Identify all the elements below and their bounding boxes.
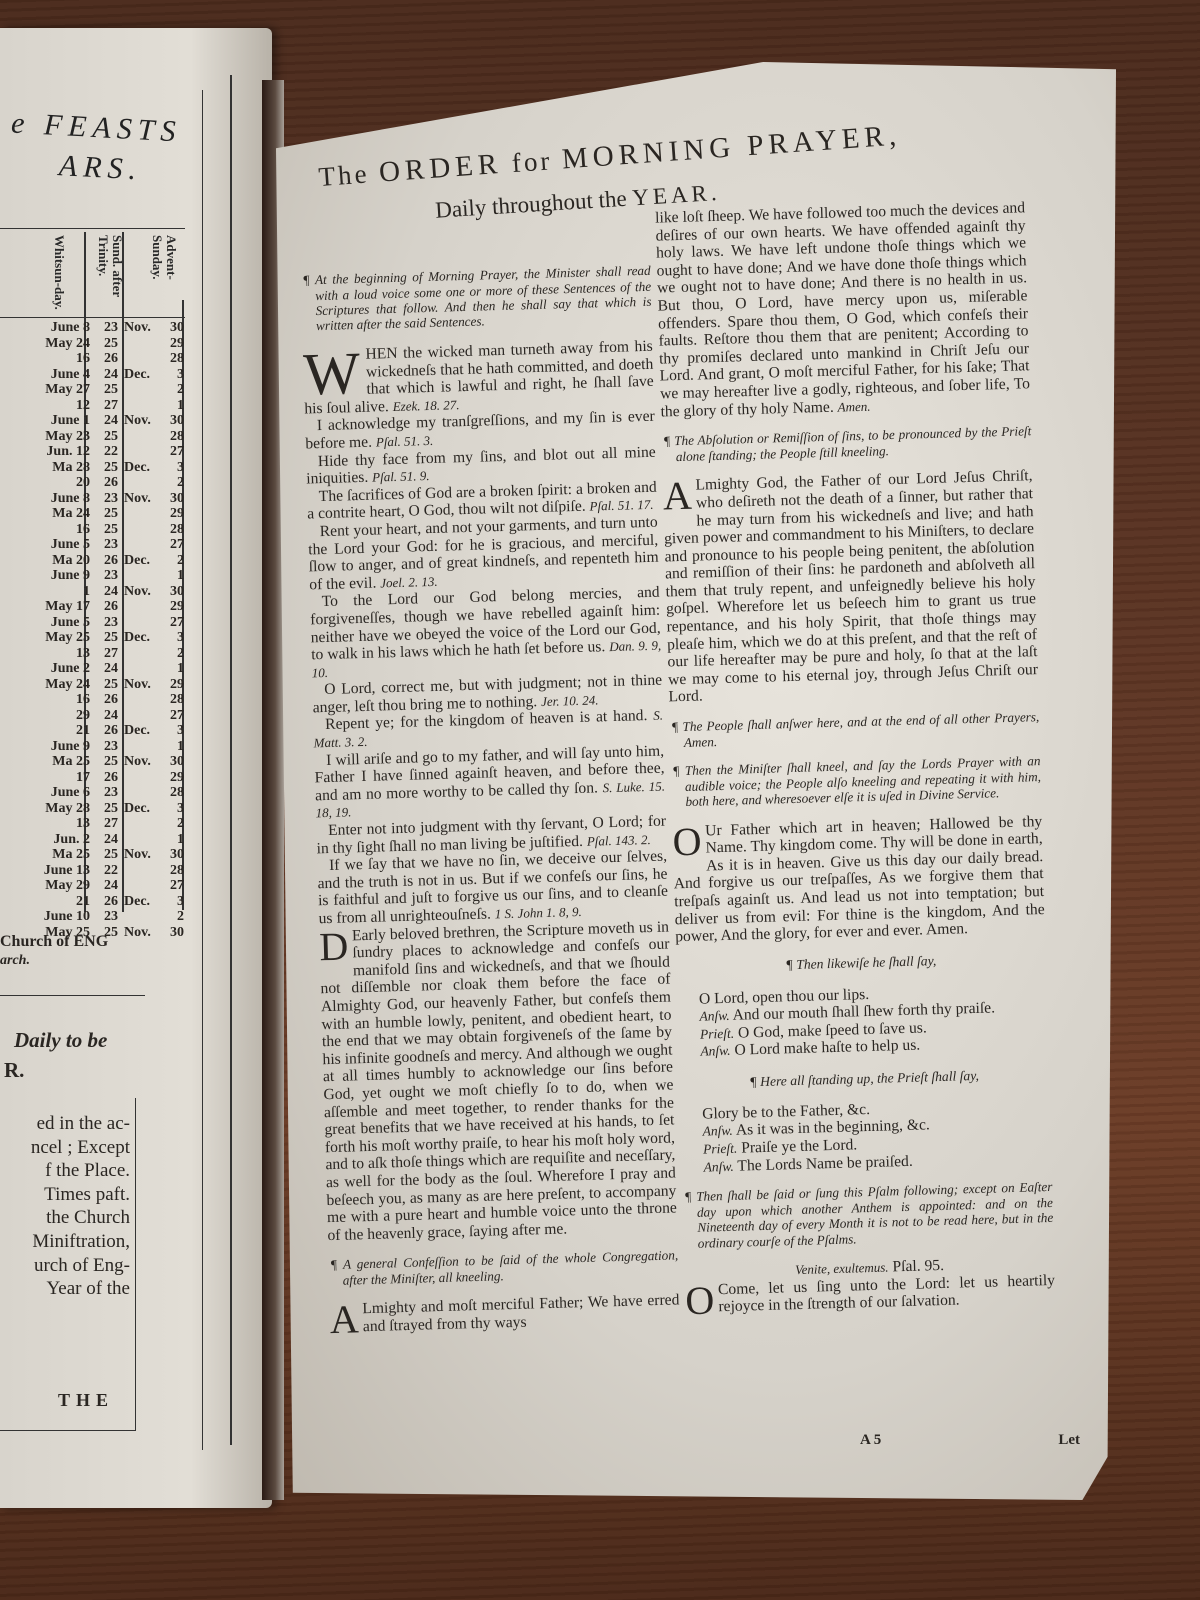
absolution-rubric: ¶ The Abſolution or Remiſſion of ſins, t… xyxy=(661,424,1032,465)
scripture-reference: Pſal. 51. 3. xyxy=(376,433,434,450)
text-column-right: like loſt ſheep. We have followed too mu… xyxy=(655,199,1056,1318)
scripture-reference: 1 S. John 1. 8, 9. xyxy=(495,904,582,921)
scripture-reference: Pſal. 143. 2. xyxy=(587,832,651,849)
catchword: Let xyxy=(1058,1432,1080,1449)
psalm-rubric: ¶ Then ſhall be ſaid or ſung this Pſalm … xyxy=(682,1179,1054,1251)
lords-prayer: O Ur Father which art in heaven; Hallowe… xyxy=(672,813,1045,946)
signature-mark: A 5 xyxy=(860,1432,881,1449)
speaker-label: Anſw. xyxy=(702,1123,733,1139)
scripture-sentence: To the Lord our God belong mercies, and … xyxy=(310,584,662,682)
scripture-sentence: I will ariſe and go to my father, and wi… xyxy=(314,742,666,822)
dropcap-o: O xyxy=(672,824,702,859)
speaker-label: Prieſt. xyxy=(700,1025,735,1041)
dropcap-w: W xyxy=(303,348,361,400)
amen-rubric: ¶ The People ſhall anſwer here, and at t… xyxy=(669,709,1040,750)
speaker-label: Anſw. xyxy=(700,1043,731,1059)
dropcap-a: A xyxy=(662,479,692,514)
standing-rubric: ¶ Here all ſtanding up, the Prieſt ſhall… xyxy=(679,1064,1049,1092)
likewise-rubric: ¶ Then likewiſe he ſhall ſay, xyxy=(676,949,1046,977)
scripture-reference: Pſal. 51. 9. xyxy=(372,468,430,485)
scripture-sentences: I acknowledge my tranſgreſſions, and my … xyxy=(305,408,669,928)
scripture-sentence: Rent your heart, and not your garments, … xyxy=(308,514,660,594)
left-page-inner-rule xyxy=(0,90,203,1450)
speaker-label: Prieſt. xyxy=(703,1141,738,1157)
dropcap-a: A xyxy=(329,1303,359,1338)
versicles-gloria: Glory be to the Father, &c.Anſw. As it w… xyxy=(680,1096,1052,1177)
confession-continued: like loſt ſheep. We have followed too mu… xyxy=(655,199,1031,420)
scripture-reference: Jer. 10. 24. xyxy=(541,692,599,709)
opening-rubric: ¶ At the beginning of Morning Prayer, th… xyxy=(301,263,653,334)
scripture-sentence: If we ſay that we have no ſin, we deceiv… xyxy=(317,848,669,928)
scripture-reference: Pſal. 51. 17. xyxy=(589,497,653,514)
versicles: O Lord, open thou our lips.Anſw. And our… xyxy=(677,981,1049,1062)
exhortation: D Early beloved brethren, the Scripture … xyxy=(319,918,678,1244)
text-column-left: ¶ At the beginning of Morning Prayer, th… xyxy=(300,250,680,1338)
scripture-reference: Joel. 2. 13. xyxy=(380,574,438,591)
speaker-label: Anſw. xyxy=(699,1008,730,1024)
speaker-label: Anſw. xyxy=(703,1158,734,1174)
confession-rubric: ¶ A general Confeſſion to be ſaid of the… xyxy=(328,1248,679,1289)
dropcap-d: D xyxy=(319,929,349,964)
first-sentence: W HEN the wicked man turneth away from h… xyxy=(303,338,655,418)
lords-prayer-rubric: ¶ Then the Miniſter ſhall kneel, and ſay… xyxy=(670,753,1041,810)
dropcap-o: O xyxy=(685,1283,715,1318)
absolution: A Lmighty God, the Father of our Lord Je… xyxy=(662,468,1038,707)
